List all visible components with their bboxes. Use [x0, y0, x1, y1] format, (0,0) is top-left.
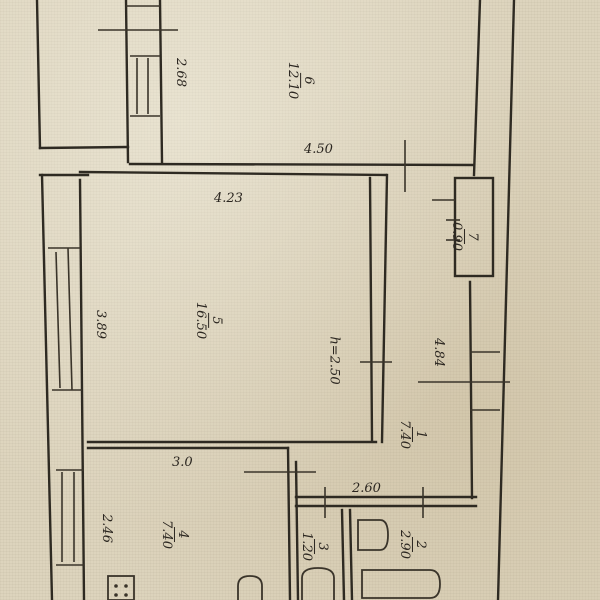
- floor-plan-sheet: 612.10 4.50 2.68 516.50 4.23 3.89 h=2.50…: [0, 0, 600, 600]
- room-5-label: 516.50: [194, 302, 223, 339]
- room-1-number: 1: [412, 427, 427, 441]
- room-2-area: 2.90: [398, 530, 412, 559]
- room-7-area: 0.90: [450, 222, 464, 251]
- room-4-width: 3.0: [172, 456, 193, 469]
- room-7-number: 7: [464, 229, 479, 243]
- room-1-depth: 4.84: [432, 338, 445, 367]
- room-6-depth: 2.68: [174, 58, 187, 87]
- room-5-width: 4.23: [214, 192, 243, 205]
- room-1-area: 7.40: [398, 420, 412, 449]
- room-2-label: 22.90: [398, 530, 427, 559]
- room-3-area: 1.20: [300, 532, 314, 561]
- room-3-label: 31.20: [300, 532, 329, 561]
- room-5-number: 5: [208, 313, 223, 327]
- room-4-number: 4: [174, 527, 189, 541]
- room-3-number: 3: [314, 539, 329, 553]
- room-4-depth: 2.46: [100, 514, 113, 543]
- room-6-number: 6: [300, 73, 315, 87]
- room-4-label: 47.40: [160, 520, 189, 549]
- room-6-area: 12.10: [286, 62, 300, 99]
- room-2-number: 2: [412, 537, 427, 551]
- room-5-depth: 3.89: [94, 310, 107, 339]
- room-6-label: 612.10: [286, 62, 315, 99]
- room-2-width: 2.60: [352, 482, 381, 495]
- room-1-label: 17.40: [398, 420, 427, 449]
- ceiling-height: h=2.50: [328, 336, 341, 384]
- room-7-label: 70.90: [450, 222, 479, 251]
- room-6-width: 4.50: [304, 143, 333, 156]
- room-5-area: 16.50: [194, 302, 208, 339]
- room-4-area: 7.40: [160, 520, 174, 549]
